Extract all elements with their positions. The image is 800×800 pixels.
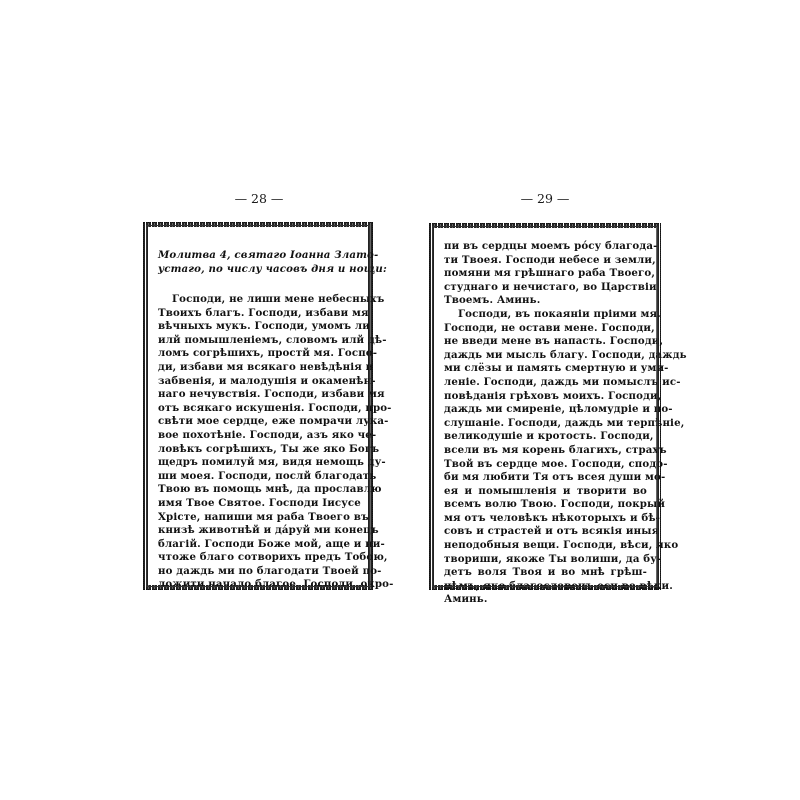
text-line: Твоемъ. Аминь. bbox=[444, 294, 647, 308]
text-line: всели въ мя корень благихъ, страхъ bbox=[444, 444, 647, 458]
text-line: Господи, не лиши мене небесныхъ bbox=[158, 293, 359, 307]
text-line: отъ всякаго искушенія. Господи, про- bbox=[158, 402, 359, 416]
text-line: ложити начало благое. Господи, окро- bbox=[158, 578, 359, 592]
text-line: Твою въ помощь мнѣ, да прославлю bbox=[158, 483, 359, 497]
text-line: ломъ согрѣшихъ, простй мя. Госпо- bbox=[158, 347, 359, 361]
text-line: мя отъ человѣкъ нѣкоторыхъ и бѣ- bbox=[444, 512, 647, 526]
text-line: Твоихъ благъ. Господи, избави мя bbox=[158, 307, 359, 321]
page-number: — 28 — bbox=[142, 191, 376, 206]
text-line: свѣти мое сердце, еже помрачи лука- bbox=[158, 415, 359, 429]
text-line: детъ воля Твоя и во мнѣ грѣш- bbox=[444, 566, 647, 580]
text-line: ди, избави мя всякаго невѣдѣнія и bbox=[158, 361, 359, 375]
text-line: благій. Господи Боже мой, аще и ни- bbox=[158, 538, 359, 552]
text-line: совъ и страстей и отъ всякія иныя bbox=[444, 525, 647, 539]
page-number: — 29 — bbox=[428, 191, 662, 206]
text-line: наго нечувствія. Господи, избави мя bbox=[158, 388, 359, 402]
text-line: но даждь ми по благодати Твоей по- bbox=[158, 565, 359, 579]
text-line: помяни мя грѣшнаго раба Твоего, bbox=[444, 267, 647, 281]
prayer-body: Господи, не лиши мене небесныхъТвоихъ бл… bbox=[158, 293, 359, 592]
text-line: неподобныя вещи. Господи, вѣси, яко bbox=[444, 539, 647, 553]
text-line: Хрісте, напиши мя раба Твоего въ bbox=[158, 511, 359, 525]
text-line: би мя любити Тя отъ всея души мо- bbox=[444, 471, 647, 485]
text-line: леніе. Господи, даждь ми помыслъ ис- bbox=[444, 376, 647, 390]
text-line: повѣданія грѣховъ моихъ. Господи, bbox=[444, 390, 647, 404]
text-line: нѣмъ, яко благословенъ еси во вѣки. bbox=[444, 580, 647, 594]
text-line: вѣчныхъ мукъ. Господи, умомъ ли bbox=[158, 320, 359, 334]
text-line: даждь ми смиреніе, цѣломудріе и по- bbox=[444, 403, 647, 417]
text-line: ловѣкъ согрѣшихъ, Ты же яко Богъ bbox=[158, 443, 359, 457]
text-line: имя Твое Святое. Господи Іисусе bbox=[158, 497, 359, 511]
text-line: ти Твоея. Господи небесе и земли, bbox=[444, 254, 647, 268]
text-line: вое похотѣніе. Господи, азъ яко че- bbox=[158, 429, 359, 443]
text-line: забвенія, и малодушія и окаменѣн- bbox=[158, 375, 359, 389]
ornamental-border-frame: Молитва 4, святаго Іоанна Злато- устаго,… bbox=[143, 222, 373, 590]
text-line: ея и помышленія и творити во bbox=[444, 485, 647, 499]
prayer-title: Молитва 4, святаго Іоанна Злато- устаго,… bbox=[158, 249, 359, 276]
text-line: Господи, не остави мене. Господи, bbox=[444, 322, 647, 336]
text-line: даждь ми мысль благу. Господи, даждь bbox=[444, 349, 647, 363]
text-line: слушаніе. Господи, даждь ми терпѣніе, bbox=[444, 417, 647, 431]
title-line: Молитва 4, святаго Іоанна Злато- bbox=[158, 249, 359, 263]
text-line: чтоже благо сотворихъ предъ Тобою, bbox=[158, 551, 359, 565]
text-line: илй помышленіемъ, словомъ илй дѣ- bbox=[158, 334, 359, 348]
text-line: Твой въ сердце мое. Господи, сподо- bbox=[444, 458, 647, 472]
text-line: Господи, въ покаяніи пріими мя. bbox=[444, 308, 647, 322]
text-line: книзѣ животнѣй и дáруй ми конецъ bbox=[158, 524, 359, 538]
text-line: студнаго и нечистаго, во Царствіи bbox=[444, 281, 647, 295]
text-line: ши моея. Господи, послй благодать bbox=[158, 470, 359, 484]
text-line: великодушіе и кротость. Господи, bbox=[444, 430, 647, 444]
text-line: всемъ волю Твою. Господи, покрый bbox=[444, 498, 647, 512]
prayer-body: пи въ сердцы моемъ рóсу благода-ти Твоея… bbox=[444, 240, 647, 607]
text-line: щедръ помилуй мя, видя немощь ду- bbox=[158, 456, 359, 470]
text-line: твориши, якоже Ты волиши, да бу- bbox=[444, 553, 647, 567]
text-line: пи въ сердцы моемъ рóсу благода- bbox=[444, 240, 647, 254]
text-line: Аминь. bbox=[444, 593, 647, 607]
title-line: устаго, по числу часовъ дня и нощи: bbox=[158, 263, 359, 277]
ornamental-border-frame: пи въ сердцы моемъ рóсу благода-ти Твоея… bbox=[429, 223, 661, 590]
text-line: не введи мене въ напасть. Господи, bbox=[444, 335, 647, 349]
text-line: ми слёзы и память смертную и уми- bbox=[444, 362, 647, 376]
